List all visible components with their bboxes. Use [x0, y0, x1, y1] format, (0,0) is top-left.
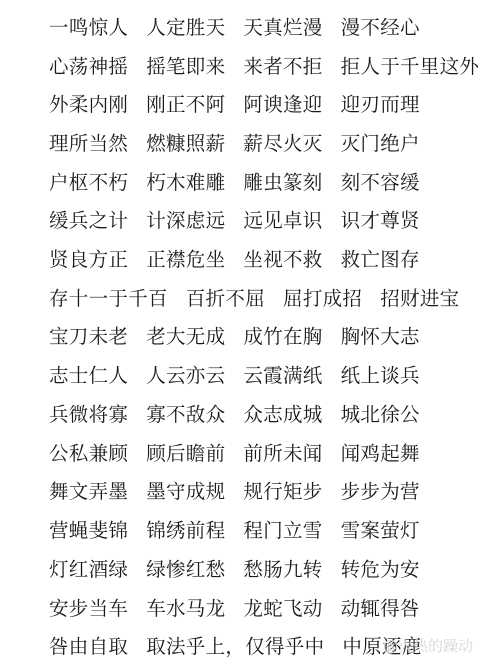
idiom-row: 贤良方正正襟危坐坐视不救救亡图存 — [49, 245, 438, 275]
idiom-item: 刻不容缓 — [341, 168, 420, 198]
idiom-item: 云霞满纸 — [243, 361, 322, 391]
idiom-item: 雪案萤灯 — [341, 516, 420, 546]
idiom-item: 程门立雪 — [243, 516, 322, 546]
idiom-row: 缓兵之计计深虑远远见卓识识才尊贤 — [49, 206, 438, 236]
idiom-item: 招财进宝 — [380, 284, 459, 314]
idiom-item: 动辄得咎 — [341, 594, 420, 624]
idiom-item: 缓兵之计 — [49, 206, 128, 236]
idiom-item: 兵微将寡 — [49, 400, 128, 430]
idiom-item: 心荡神摇 — [49, 52, 128, 82]
idiom-row: 舞文弄墨墨守成规规行矩步步步为营 — [49, 477, 438, 507]
idiom-item: 志士仁人 — [49, 361, 128, 391]
idiom-row: 公私兼顾顾后瞻前前所未闻闻鸡起舞 — [49, 439, 438, 469]
idiom-item: 摇笔即来 — [146, 52, 225, 82]
idiom-row: 灯红酒绿绿惨红愁愁肠九转转危为安 — [49, 555, 438, 585]
idiom-item: 漫不经心 — [341, 13, 420, 43]
idiom-item: 人云亦云 — [146, 361, 225, 391]
idiom-item: 墨守成规 — [146, 477, 225, 507]
idiom-item: 雕虫篆刻 — [243, 168, 322, 198]
idiom-item: 众志成城 — [243, 400, 322, 430]
idiom-item: 龙蛇飞动 — [243, 594, 322, 624]
idiom-row: 兵微将寡寡不敌众众志成城城北徐公 — [49, 400, 438, 430]
idiom-item: 寡不敌众 — [146, 400, 225, 430]
idiom-item: 户枢不朽 — [49, 168, 128, 198]
idiom-item: 灯红酒绿 — [49, 555, 128, 585]
idiom-row: 志士仁人人云亦云云霞满纸纸上谈兵 — [49, 361, 438, 391]
idiom-item: 成竹在胸 — [243, 322, 322, 352]
idiom-item: 车水马龙 — [146, 594, 225, 624]
idiom-row: 理所当然燃糠照薪薪尽火灭灭门绝户 — [49, 129, 438, 159]
idiom-item: 百折不屈 — [186, 284, 265, 314]
idiom-row: 户枢不朽朽木难雕雕虫篆刻刻不容缓 — [49, 168, 438, 198]
idiom-row: 安步当车车水马龙龙蛇飞动动辄得咎 — [49, 594, 438, 624]
idiom-item: 转危为安 — [341, 555, 420, 585]
idiom-row: 一鸣惊人人定胜天天真烂漫漫不经心 — [49, 13, 438, 43]
idiom-item: 正襟危坐 — [146, 245, 225, 275]
idiom-item: 贤良方正 — [49, 245, 128, 275]
idiom-item: 前所未闻 — [243, 439, 322, 469]
idiom-item: 拒人于千里这外 — [341, 52, 480, 82]
idiom-item: 远见卓识 — [243, 206, 322, 236]
idiom-row: 咎由自取取法乎上，仅得乎中中原逐鹿 — [49, 632, 440, 662]
idiom-item: 薪尽火灭 — [243, 129, 322, 159]
idiom-row: 营蝇斐锦锦绣前程程门立雪雪案萤灯 — [49, 516, 438, 546]
idiom-item: 愁肠九转 — [243, 555, 322, 585]
idiom-item: 迎刃而理 — [341, 90, 420, 120]
idiom-item: 天真烂漫 — [243, 13, 322, 43]
idiom-item: 外柔内刚 — [49, 90, 128, 120]
idiom-item: 取法乎上，仅得乎中 — [146, 632, 324, 662]
idiom-item: 屈打成招 — [283, 284, 362, 314]
idiom-item: 阿谀逢迎 — [243, 90, 322, 120]
idiom-item: 胸怀大志 — [341, 322, 420, 352]
idiom-item: 理所当然 — [49, 129, 128, 159]
idiom-item: 绿惨红愁 — [146, 555, 225, 585]
idiom-item: 计深虑远 — [146, 206, 225, 236]
idiom-item: 坐视不救 — [243, 245, 322, 275]
idiom-item: 公私兼顾 — [49, 439, 128, 469]
idiom-item: 咎由自取 — [49, 632, 128, 662]
idiom-item: 规行矩步 — [243, 477, 322, 507]
idiom-item: 营蝇斐锦 — [49, 516, 128, 546]
idiom-item: 存十一于千百 — [49, 284, 168, 314]
idiom-item: 安步当车 — [49, 594, 128, 624]
idiom-item: 步步为营 — [341, 477, 420, 507]
idiom-item: 人定胜天 — [146, 13, 225, 43]
idiom-row: 外柔内刚刚正不阿阿谀逢迎迎刃而理 — [49, 90, 438, 120]
idiom-row: 存十一于千百百折不屈屈打成招招财进宝 — [49, 284, 477, 314]
idiom-item: 锦绣前程 — [146, 516, 225, 546]
idiom-item: 识才尊贤 — [341, 206, 420, 236]
idiom-item: 纸上谈兵 — [341, 361, 420, 391]
idiom-item: 城北徐公 — [341, 400, 420, 430]
idiom-item: 朽木难雕 — [146, 168, 225, 198]
idiom-item: 刚正不阿 — [146, 90, 225, 120]
idiom-item: 来者不拒 — [243, 52, 322, 82]
idiom-item: 宝刀未老 — [49, 322, 128, 352]
idiom-row: 心荡神摇摇笔即来来者不拒拒人于千里这外 — [49, 52, 497, 82]
idiom-item: 顾后瞻前 — [146, 439, 225, 469]
idiom-item: 救亡图存 — [341, 245, 420, 275]
idiom-item: 老大无成 — [146, 322, 225, 352]
watermark: @火热的躁动 — [383, 636, 473, 656]
idiom-item: 一鸣惊人 — [49, 13, 128, 43]
idiom-row: 宝刀未老老大无成成竹在胸胸怀大志 — [49, 322, 438, 352]
idiom-item: 灭门绝户 — [341, 129, 420, 159]
idiom-item: 舞文弄墨 — [49, 477, 128, 507]
idiom-item: 燃糠照薪 — [146, 129, 225, 159]
idiom-chain-page: 一鸣惊人人定胜天天真烂漫漫不经心心荡神摇摇笔即来来者不拒拒人于千里这外外柔内刚刚… — [0, 0, 500, 667]
idiom-item: 闻鸡起舞 — [341, 439, 420, 469]
